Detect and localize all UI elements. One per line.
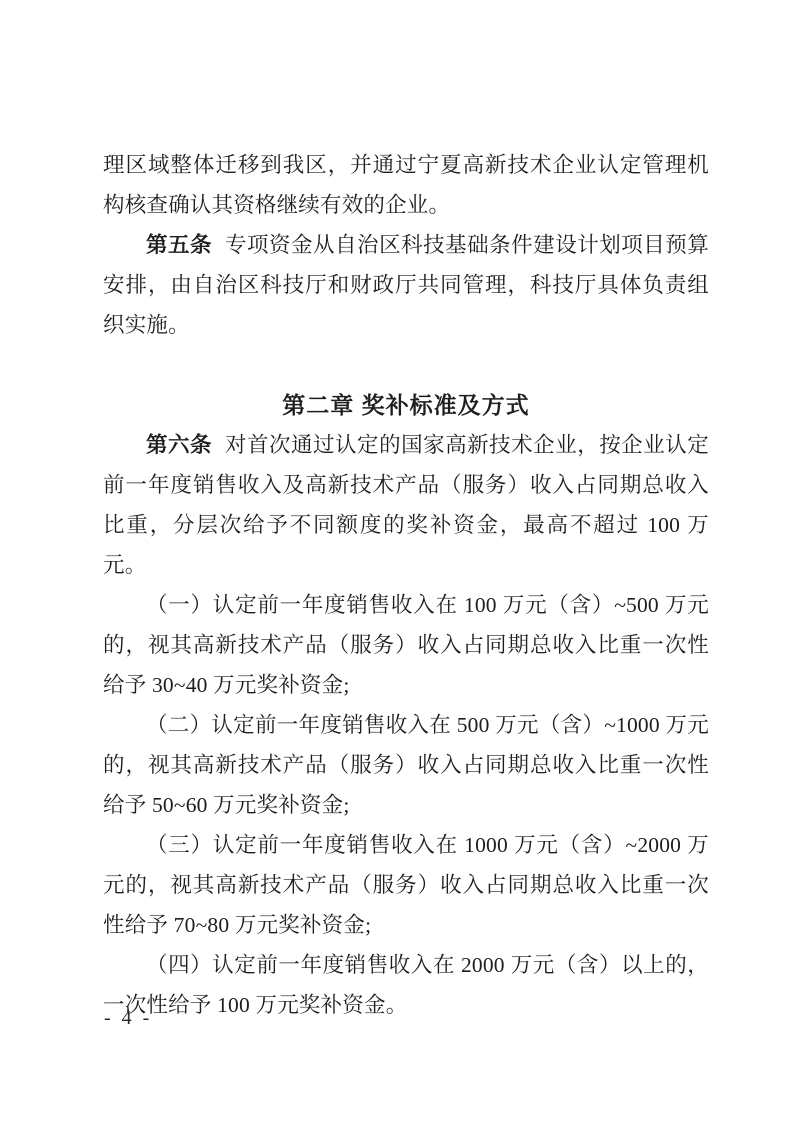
article-5-paragraph: 第五条专项资金从自治区科技基础条件建设计划项目预算安排，由自治区科技厅和财政厅共… <box>103 225 709 345</box>
clause-item-2: （二）认定前一年度销售收入在 500 万元（含）~1000 万元的，视其高新技术… <box>103 705 709 825</box>
continuation-paragraph: 理区域整体迁移到我区，并通过宁夏高新技术企业认定管理机构核查确认其资格继续有效的… <box>103 145 709 225</box>
document-page: 理区域整体迁移到我区，并通过宁夏高新技术企业认定管理机构核查确认其资格继续有效的… <box>0 0 793 1122</box>
article-6-paragraph: 第六条对首次通过认定的国家高新技术企业，按企业认定前一年度销售收入及高新技术产品… <box>103 425 709 585</box>
clause-item-3: （三）认定前一年度销售收入在 1000 万元（含）~2000 万元的，视其高新技… <box>103 825 709 945</box>
clause-item-4: （四）认定前一年度销售收入在 2000 万元（含）以上的，一次性给予 100 万… <box>103 945 709 1025</box>
document-body: 理区域整体迁移到我区，并通过宁夏高新技术企业认定管理机构核查确认其资格继续有效的… <box>103 145 709 1025</box>
clause-item-1: （一）认定前一年度销售收入在 100 万元（含）~500 万元的，视其高新技术产… <box>103 585 709 705</box>
page-number: - 4 - <box>104 998 152 1038</box>
chapter-2-heading: 第二章 奖补标准及方式 <box>103 385 709 425</box>
article-6-number: 第六条 <box>146 433 212 457</box>
article-5-number: 第五条 <box>146 233 212 257</box>
